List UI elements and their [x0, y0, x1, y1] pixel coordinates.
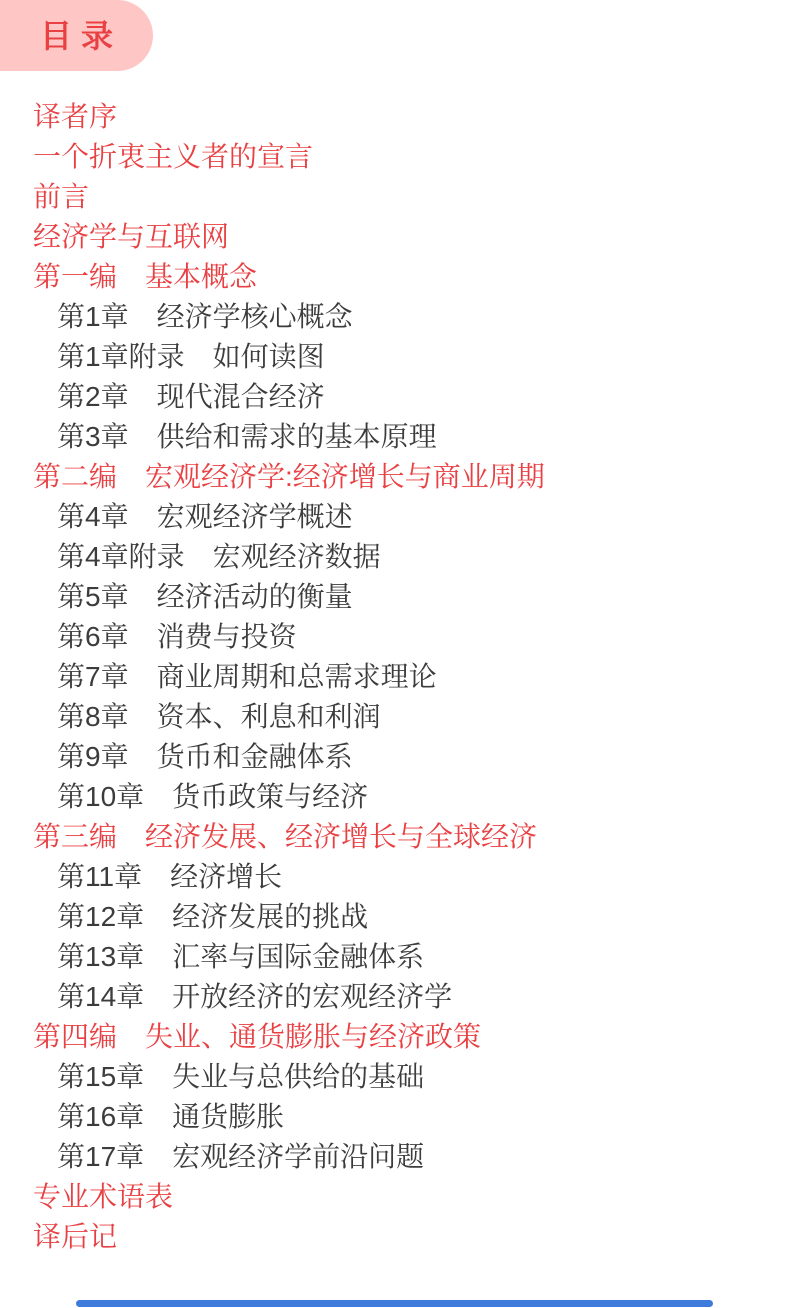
toc-item-label: 专业术语表: [33, 1175, 173, 1215]
toc-item-label: 经济学与互联网: [33, 215, 229, 255]
toc-item[interactable]: 第13章 汇率与国际金融体系: [0, 935, 790, 975]
toc-item-label: 第四编 失业、通货膨胀与经济政策: [33, 1015, 481, 1055]
toc-list: 译者序 一个折衷主义者的宣言 前言 经济学与互联网 第一编 基本概念 第1章 经…: [0, 95, 790, 1255]
toc-item-label: 第8章 资本、利息和利润: [57, 695, 381, 735]
toc-item[interactable]: 第四编 失业、通货膨胀与经济政策: [0, 1015, 790, 1055]
toc-item-label: 第10章 货币政策与经济: [57, 775, 368, 815]
toc-item-label: 第14章 开放经济的宏观经济学: [57, 975, 452, 1015]
toc-item[interactable]: 第3章 供给和需求的基本原理: [0, 415, 790, 455]
toc-item[interactable]: 第8章 资本、利息和利润: [0, 695, 790, 735]
toc-item-label: 第4章附录 宏观经济数据: [57, 535, 381, 575]
toc-item-label: 第5章 经济活动的衡量: [57, 575, 353, 615]
toc-item[interactable]: 第10章 货币政策与经济: [0, 775, 790, 815]
toc-item[interactable]: 译后记: [0, 1215, 790, 1255]
toc-item-label: 第三编 经济发展、经济增长与全球经济: [33, 815, 537, 855]
toc-item-label: 第12章 经济发展的挑战: [57, 895, 368, 935]
page-title: 目 录: [40, 20, 113, 52]
toc-item[interactable]: 第17章 宏观经济学前沿问题: [0, 1135, 790, 1175]
toc-item[interactable]: 专业术语表: [0, 1175, 790, 1215]
toc-item-label: 第17章 宏观经济学前沿问题: [57, 1135, 424, 1175]
toc-item[interactable]: 第15章 失业与总供给的基础: [0, 1055, 790, 1095]
toc-item[interactable]: 第16章 通货膨胀: [0, 1095, 790, 1135]
toc-item[interactable]: 第三编 经济发展、经济增长与全球经济: [0, 815, 790, 855]
toc-item-label: 第一编 基本概念: [33, 255, 257, 295]
toc-item-label: 第15章 失业与总供给的基础: [57, 1055, 424, 1095]
toc-item[interactable]: 第1章 经济学核心概念: [0, 295, 790, 335]
toc-item-label: 第2章 现代混合经济: [57, 375, 325, 415]
toc-item-label: 第9章 货币和金融体系: [57, 735, 353, 775]
toc-item-label: 第4章 宏观经济学概述: [57, 495, 353, 535]
toc-item[interactable]: 第6章 消费与投资: [0, 615, 790, 655]
toc-item[interactable]: 前言: [0, 175, 790, 215]
toc-item[interactable]: 第14章 开放经济的宏观经济学: [0, 975, 790, 1015]
toc-item[interactable]: 第11章 经济增长: [0, 855, 790, 895]
toc-item[interactable]: 第9章 货币和金融体系: [0, 735, 790, 775]
toc-item[interactable]: 经济学与互联网: [0, 215, 790, 255]
toc-item-label: 第6章 消费与投资: [57, 615, 297, 655]
toc-item-label: 第二编 宏观经济学:经济增长与商业周期: [33, 455, 545, 495]
toc-item[interactable]: 第二编 宏观经济学:经济增长与商业周期: [0, 455, 790, 495]
toc-item-label: 第3章 供给和需求的基本原理: [57, 415, 437, 455]
toc-item[interactable]: 第4章附录 宏观经济数据: [0, 535, 790, 575]
toc-item-label: 译者序: [33, 95, 117, 135]
toc-item[interactable]: 一个折衷主义者的宣言: [0, 135, 790, 175]
toc-item[interactable]: 第4章 宏观经济学概述: [0, 495, 790, 535]
toc-item[interactable]: 第2章 现代混合经济: [0, 375, 790, 415]
toc-item-label: 前言: [33, 175, 89, 215]
toc-item[interactable]: 译者序: [0, 95, 790, 135]
toc-item[interactable]: 第5章 经济活动的衡量: [0, 575, 790, 615]
toc-item[interactable]: 第12章 经济发展的挑战: [0, 895, 790, 935]
toc-item-label: 第16章 通货膨胀: [57, 1095, 284, 1135]
toc-item-label: 第1章附录 如何读图: [57, 335, 325, 375]
toc-item-label: 译后记: [33, 1215, 117, 1255]
toc-item-label: 第11章 经济增长: [57, 855, 282, 895]
toc-item[interactable]: 第一编 基本概念: [0, 255, 790, 295]
toc-item-label: 第1章 经济学核心概念: [57, 295, 353, 335]
reading-progress-bar: [76, 1300, 713, 1307]
toc-header-badge: 目 录: [0, 0, 153, 71]
toc-item[interactable]: 第7章 商业周期和总需求理论: [0, 655, 790, 695]
toc-item-label: 第7章 商业周期和总需求理论: [57, 655, 437, 695]
toc-item[interactable]: 第1章附录 如何读图: [0, 335, 790, 375]
toc-item-label: 第13章 汇率与国际金融体系: [57, 935, 424, 975]
toc-item-label: 一个折衷主义者的宣言: [33, 135, 313, 175]
